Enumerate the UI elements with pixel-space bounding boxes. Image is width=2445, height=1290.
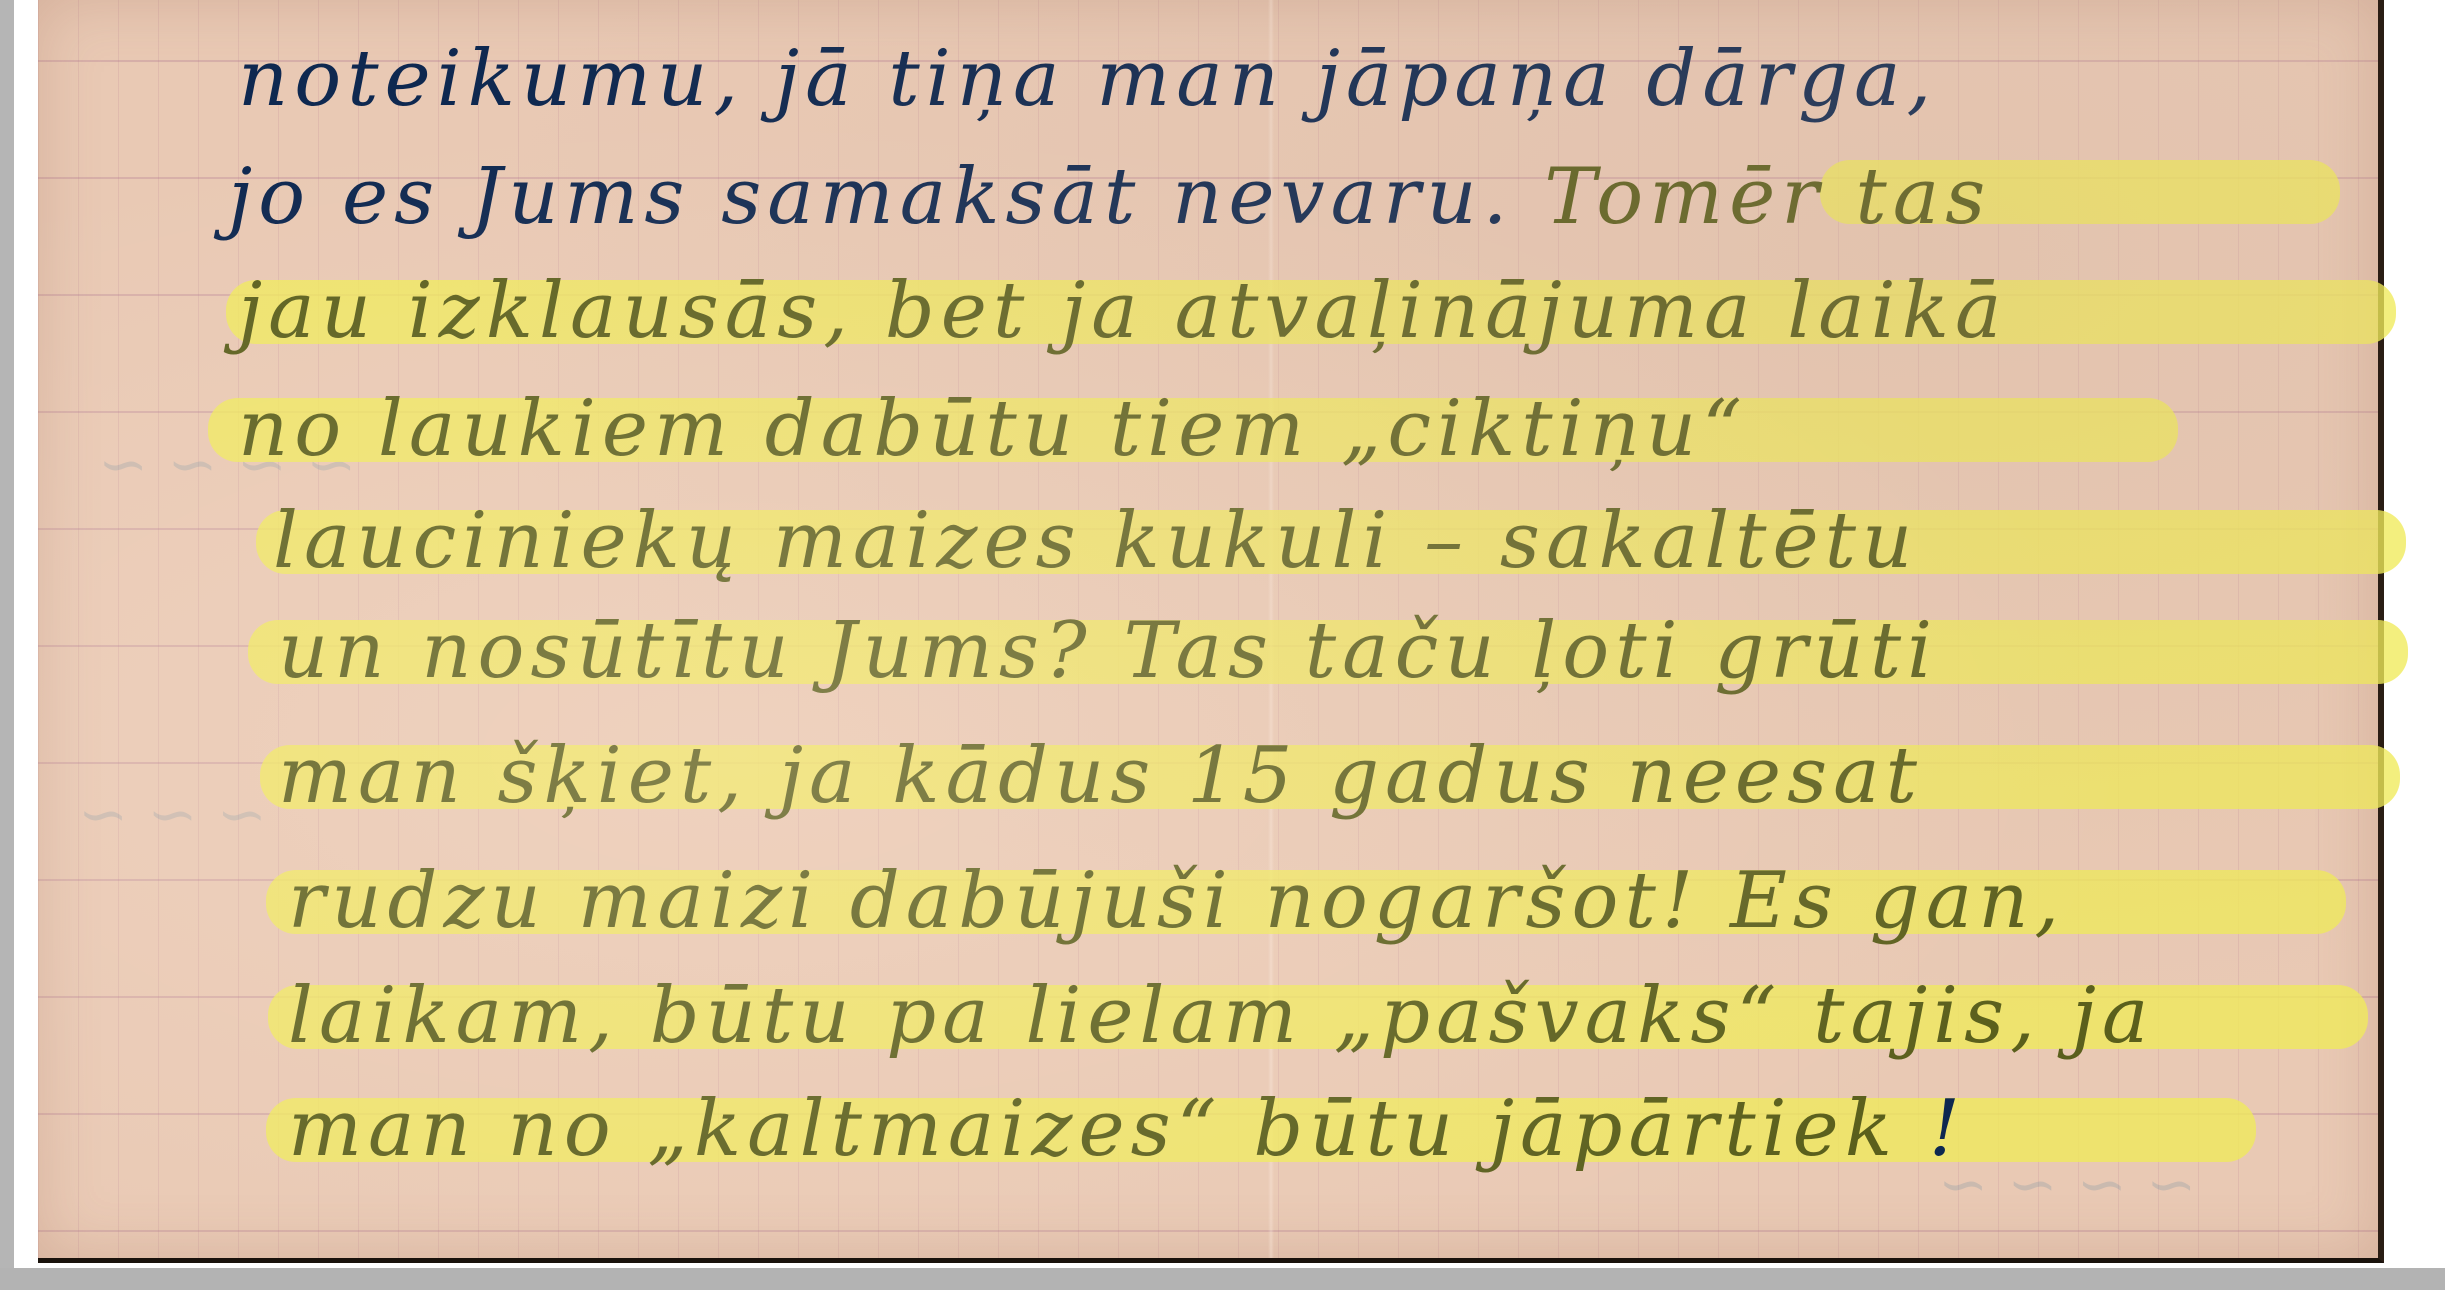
letter-line-2: jo es Jums samaksāt nevaru. Tomēr tas <box>228 158 1991 236</box>
letter-line-6: un nosūtītu Jums? Tas taču ļoti grūti <box>278 612 1938 690</box>
letter-line-3: jau izklausās, bet ja atvaļinājuma laikā <box>238 272 2007 350</box>
highlighted-text: lauciniekų maizes kukuli – sakaltētu <box>273 496 1918 586</box>
highlighted-text: laikam, būtu pa lielam „pašvaks“ tajis, … <box>288 971 2154 1061</box>
highlighted-text: un nosūtītu Jums? Tas taču ļoti grūti <box>278 606 1938 696</box>
highlighted-text: man šķiet, ja kādus 15 gadus neesat <box>278 731 1923 821</box>
line-text: ! <box>1898 1084 1966 1174</box>
letter-line-1: noteikumu, jā tiņa man jāpaņa dārga, <box>238 40 1937 118</box>
highlighted-text: man no „kaltmaizes“ būtu jāpārtiek <box>288 1084 1898 1174</box>
highlighted-text: Tomēr tas <box>1544 152 1991 242</box>
letter-line-10: man no „kaltmaizes“ būtu jāpārtiek ! <box>288 1090 1966 1168</box>
highlighted-text: no laukiem dabūtu tiem „ciktiņu“ <box>238 384 1748 474</box>
letter-line-9: laikam, būtu pa lielam „pašvaks“ tajis, … <box>288 977 2154 1055</box>
line-text: jo es Jums samaksāt nevaru. <box>228 152 1544 242</box>
highlighted-text: rudzu maizi dabūjuši nogaršot! Es gan, <box>288 856 2065 946</box>
scan-frame-bottom <box>0 1268 2445 1290</box>
highlighted-text: jau izklausās, bet ja atvaļinājuma laikā <box>238 266 2007 356</box>
scan-frame-left <box>0 0 14 1290</box>
letter-page: ~ ~ ~ ~ ~ ~ ~ ~ ~ ~ ~ noteikumu, jā tiņa… <box>38 0 2384 1263</box>
letter-line-8: rudzu maizi dabūjuši nogaršot! Es gan, <box>288 862 2065 940</box>
letter-line-4: no laukiem dabūtu tiem „ciktiņu“ <box>238 390 1748 468</box>
line-text: noteikumu, jā tiņa man jāpaņa dārga, <box>238 34 1937 124</box>
letter-line-5: lauciniekų maizes kukuli – sakaltētu <box>273 502 1918 580</box>
letter-line-7: man šķiet, ja kādus 15 gadus neesat <box>278 737 1923 815</box>
bleed-through-text: ~ ~ ~ <box>78 780 267 850</box>
